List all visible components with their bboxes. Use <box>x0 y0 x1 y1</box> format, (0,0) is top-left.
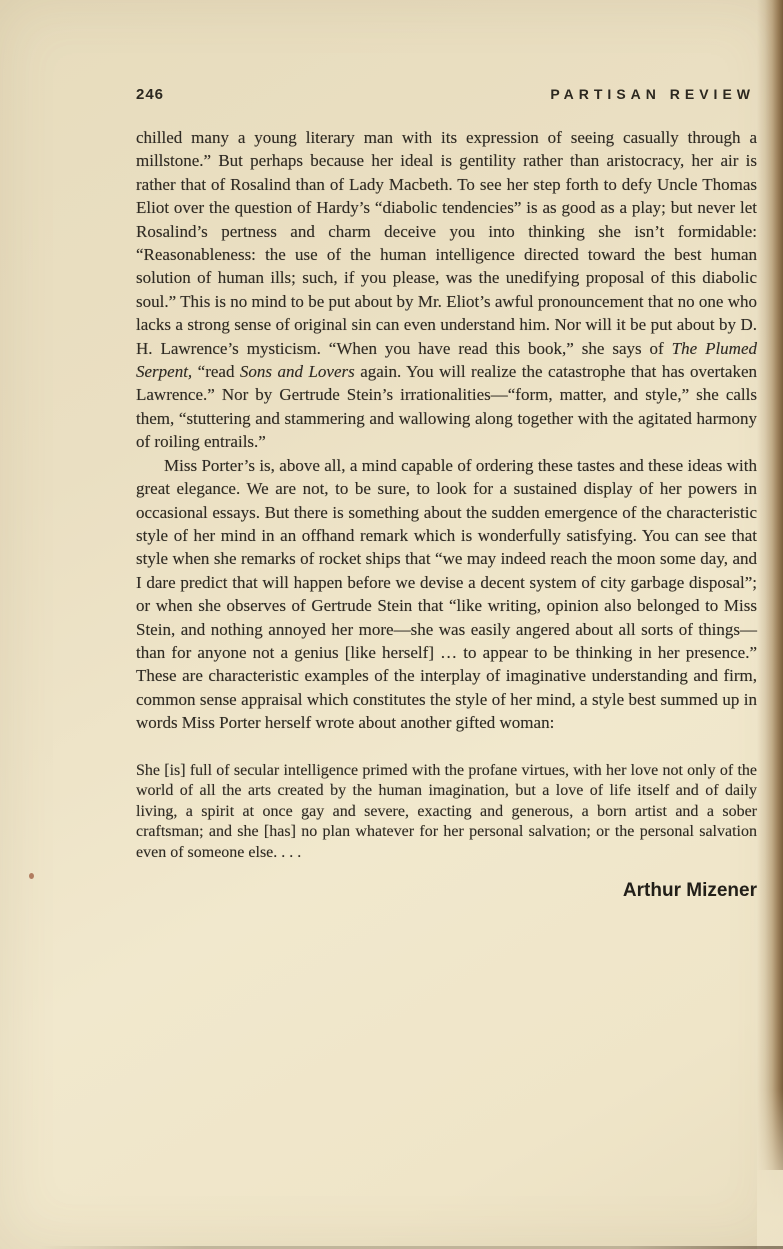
page-number: 246 <box>136 86 164 103</box>
text-segment: chilled many a young literary man with i… <box>136 128 757 358</box>
running-head: 246 PARTISAN REVIEW <box>136 86 755 103</box>
author-signature: Arthur Mizener <box>136 879 757 902</box>
text-segment: “read <box>192 362 240 381</box>
body-paragraph: chilled many a young literary man with i… <box>136 126 757 454</box>
journal-title: PARTISAN REVIEW <box>550 86 755 102</box>
italic-book-title: Sons and Lovers <box>240 362 355 381</box>
body-paragraph: Miss Porter’s is, above all, a mind capa… <box>136 454 757 735</box>
block-quote: She [is] full of secular intelligence pr… <box>136 761 757 864</box>
text-column: chilled many a young literary man with i… <box>136 126 757 902</box>
text-segment: She [is] full of secular intelligence pr… <box>136 762 757 861</box>
page-edge-shadow <box>757 0 783 1170</box>
page-edge-fade <box>757 1089 783 1249</box>
scanned-book-page: 246 PARTISAN REVIEW chilled many a young… <box>0 0 783 1249</box>
paper-speck <box>29 873 34 879</box>
text-segment: Miss Porter’s is, above all, a mind capa… <box>136 456 757 732</box>
